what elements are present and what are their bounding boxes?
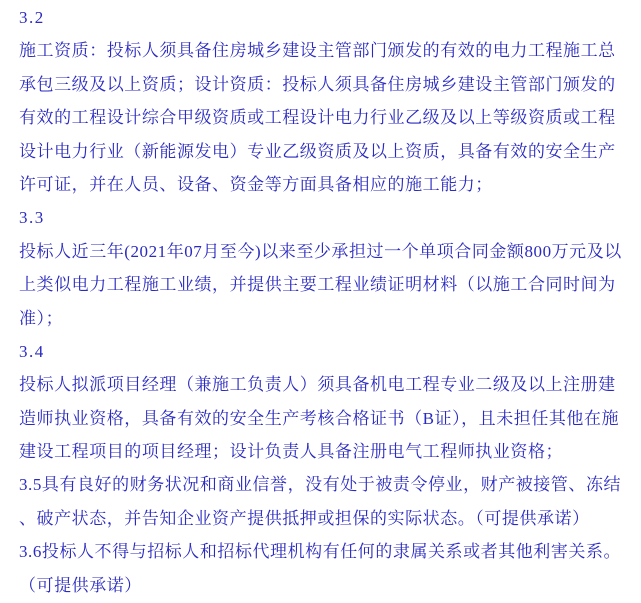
clause-number-3-2: 3.2 [19,1,641,34]
clause-3-5-text-line: 3.5具有良好的财务状况和商业信誉，没有处于被责令停业，财产被接管、冻结 [19,468,641,501]
clause-3-4-text-line: 造师执业资格，具备有效的安全生产考核合格证书（B证），且未担任其他在施 [19,402,641,435]
document-page: 3.2 施工资质：投标人须具备住房城乡建设主管部门颁发的有效的电力工程施工总 承… [0,0,641,603]
clause-3-6-text-line: 3.6投标人不得与招标人和招标代理机构有任何的隶属关系或者其他利害关系。 [19,535,641,568]
clause-3-6-text-line: （可提供承诺） [19,569,641,602]
clause-3-4-text-line: 建设工程项目的项目经理；设计负责人具备注册电气工程师执业资格； [19,435,641,468]
clause-3-2-text-line: 施工资质：投标人须具备住房城乡建设主管部门颁发的有效的电力工程施工总 [19,34,641,67]
clause-3-2-text-line: 承包三级及以上资质；设计资质：投标人须具备住房城乡建设主管部门颁发的 [19,68,641,101]
clause-3-2-text-line: 有效的工程设计综合甲级资质或工程设计电力行业乙级及以上等级资质或工程 [19,101,641,134]
clause-number-3-4: 3.4 [19,335,641,368]
clause-3-2-text-line: 许可证，并在人员、设备、资金等方面具备相应的施工能力； [19,168,641,201]
clause-3-5-text-line: 、破产状态，并告知企业资产提供抵押或担保的实际状态。（可提供承诺） [19,502,641,535]
clause-number-3-3: 3.3 [19,201,641,234]
clause-3-2-text-line: 设计电力行业（新能源发电）专业乙级资质及以上资质，具备有效的安全生产 [19,135,641,168]
clause-3-3-text-line: 准）； [19,302,641,335]
clause-3-4-text-line: 投标人拟派项目经理（兼施工负责人）须具备机电工程专业二级及以上注册建 [19,368,641,401]
clause-3-3-text-line: 上类似电力工程施工业绩，并提供主要工程业绩证明材料（以施工合同时间为 [19,268,641,301]
clause-3-3-text-line: 投标人近三年(2021年07月至今)以来至少承担过一个单项合同金额800万元及以 [19,235,641,268]
